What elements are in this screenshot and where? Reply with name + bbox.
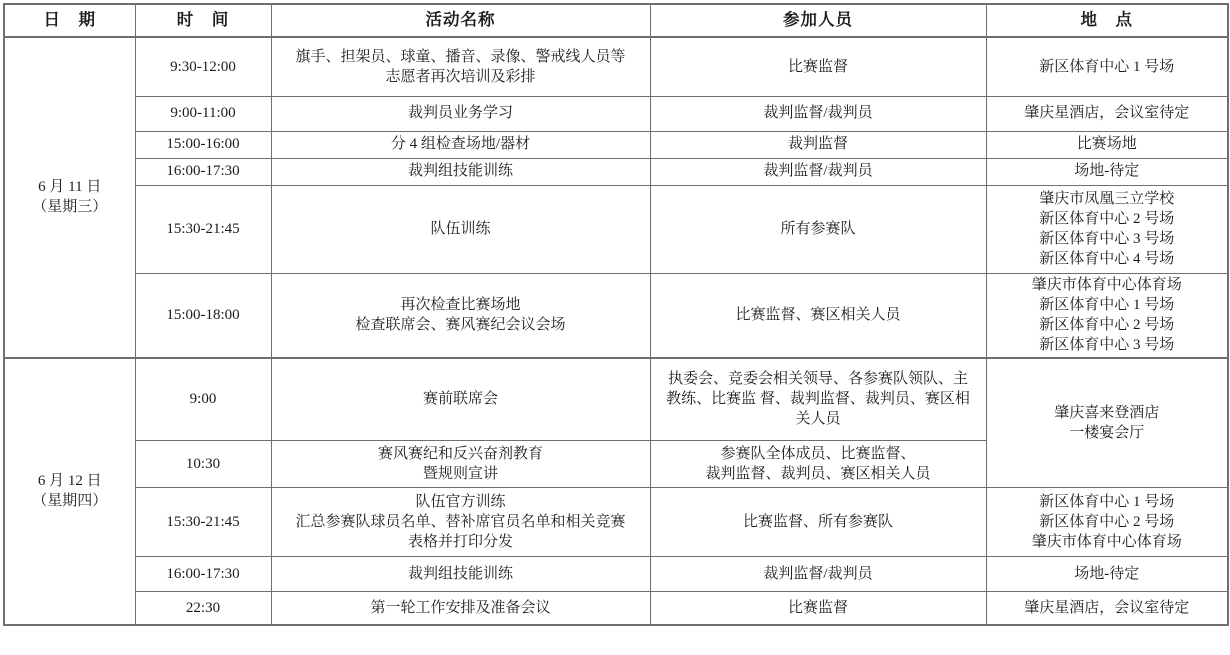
cell-activity: 赛前联席会 xyxy=(271,358,650,441)
cell-participants: 裁判监督/裁判员 xyxy=(650,158,986,185)
table-row: 22:30 第一轮工作安排及准备会议 比赛监督 肇庆星酒店，会议室待定 xyxy=(4,592,1228,625)
event-schedule-table: 日 期 时 间 活动名称 参加人员 地 点 6 月 11 日 （星期三） 9:3… xyxy=(3,3,1229,626)
table-row: 16:00-17:30 裁判组技能训练 裁判监督/裁判员 场地-待定 xyxy=(4,557,1228,592)
table-row: 15:30-21:45 队伍官方训练 汇总参赛队球员名单、替补席官员名单和相关竞… xyxy=(4,488,1228,557)
cell-participants: 比赛监督、所有参赛队 xyxy=(650,488,986,557)
cell-location-merged: 肇庆喜来登酒店 一楼宴会厅 xyxy=(986,358,1228,488)
table-row: 16:00-17:30 裁判组技能训练 裁判监督/裁判员 场地-待定 xyxy=(4,158,1228,185)
cell-activity: 旗手、担架员、球童、播音、录像、警戒线人员等 志愿者再次培训及彩排 xyxy=(271,37,650,96)
table-row: 15:30-21:45 队伍训练 所有参赛队 肇庆市凤凰三立学校 新区体育中心 … xyxy=(4,185,1228,273)
column-header-participants: 参加人员 xyxy=(650,4,986,37)
table-row: 9:00-11:00 裁判员业务学习 裁判监督/裁判员 肇庆星酒店，会议室待定 xyxy=(4,96,1228,131)
cell-location: 肇庆星酒店，会议室待定 xyxy=(986,592,1228,625)
cell-time: 9:00-11:00 xyxy=(135,96,271,131)
cell-location: 场地-待定 xyxy=(986,557,1228,592)
cell-activity: 裁判员业务学习 xyxy=(271,96,650,131)
cell-time: 16:00-17:30 xyxy=(135,557,271,592)
cell-time: 16:00-17:30 xyxy=(135,158,271,185)
table-row: 15:00-18:00 再次检查比赛场地 检查联席会、赛风赛纪会议会场 比赛监督… xyxy=(4,273,1228,358)
cell-participants: 执委会、竞委会相关领导、各参赛队领队、主 教练、比赛监 督、裁判监督、裁判员、赛… xyxy=(650,358,986,441)
column-header-time: 时 间 xyxy=(135,4,271,37)
cell-activity: 队伍训练 xyxy=(271,185,650,273)
cell-participants: 裁判监督/裁判员 xyxy=(650,557,986,592)
cell-time: 15:00-18:00 xyxy=(135,273,271,358)
cell-location: 肇庆市体育中心体育场 新区体育中心 1 号场 新区体育中心 2 号场 新区体育中… xyxy=(986,273,1228,358)
header-row: 日 期 时 间 活动名称 参加人员 地 点 xyxy=(4,4,1228,37)
cell-activity: 裁判组技能训练 xyxy=(271,557,650,592)
cell-time: 9:00 xyxy=(135,358,271,441)
cell-location: 肇庆星酒店，会议室待定 xyxy=(986,96,1228,131)
cell-activity: 队伍官方训练 汇总参赛队球员名单、替补席官员名单和相关竞赛 表格并打印分发 xyxy=(271,488,650,557)
table-row: 6 月 11 日 （星期三） 9:30-12:00 旗手、担架员、球童、播音、录… xyxy=(4,37,1228,96)
table-row: 15:00-16:00 分 4 组检查场地/器材 裁判监督 比赛场地 xyxy=(4,131,1228,158)
cell-activity: 第一轮工作安排及准备会议 xyxy=(271,592,650,625)
cell-location: 新区体育中心 1 号场 新区体育中心 2 号场 肇庆市体育中心体育场 xyxy=(986,488,1228,557)
table-row: 6 月 12 日 （星期四） 9:00 赛前联席会 执委会、竞委会相关领导、各参… xyxy=(4,358,1228,441)
cell-participants: 所有参赛队 xyxy=(650,185,986,273)
cell-location: 场地-待定 xyxy=(986,158,1228,185)
column-header-location: 地 点 xyxy=(986,4,1228,37)
cell-participants: 比赛监督 xyxy=(650,37,986,96)
cell-time: 15:30-21:45 xyxy=(135,185,271,273)
cell-location: 比赛场地 xyxy=(986,131,1228,158)
cell-participants: 参赛队全体成员、比赛监督、 裁判监督、裁判员、赛区相关人员 xyxy=(650,441,986,488)
cell-location: 肇庆市凤凰三立学校 新区体育中心 2 号场 新区体育中心 3 号场 新区体育中心… xyxy=(986,185,1228,273)
cell-time: 15:30-21:45 xyxy=(135,488,271,557)
cell-time: 10:30 xyxy=(135,441,271,488)
cell-date-june12: 6 月 12 日 （星期四） xyxy=(4,358,135,625)
cell-time: 9:30-12:00 xyxy=(135,37,271,96)
cell-participants: 比赛监督、赛区相关人员 xyxy=(650,273,986,358)
column-header-date: 日 期 xyxy=(4,4,135,37)
column-header-activity: 活动名称 xyxy=(271,4,650,37)
schedule-page: 日 期 时 间 活动名称 参加人员 地 点 6 月 11 日 （星期三） 9:3… xyxy=(0,0,1230,629)
cell-participants: 裁判监督 xyxy=(650,131,986,158)
cell-participants: 比赛监督 xyxy=(650,592,986,625)
cell-participants: 裁判监督/裁判员 xyxy=(650,96,986,131)
cell-date-june11: 6 月 11 日 （星期三） xyxy=(4,37,135,358)
cell-time: 15:00-16:00 xyxy=(135,131,271,158)
cell-activity: 再次检查比赛场地 检查联席会、赛风赛纪会议会场 xyxy=(271,273,650,358)
cell-activity: 裁判组技能训练 xyxy=(271,158,650,185)
cell-time: 22:30 xyxy=(135,592,271,625)
cell-activity: 赛风赛纪和反兴奋剂教育 暨规则宣讲 xyxy=(271,441,650,488)
cell-activity: 分 4 组检查场地/器材 xyxy=(271,131,650,158)
cell-location: 新区体育中心 1 号场 xyxy=(986,37,1228,96)
